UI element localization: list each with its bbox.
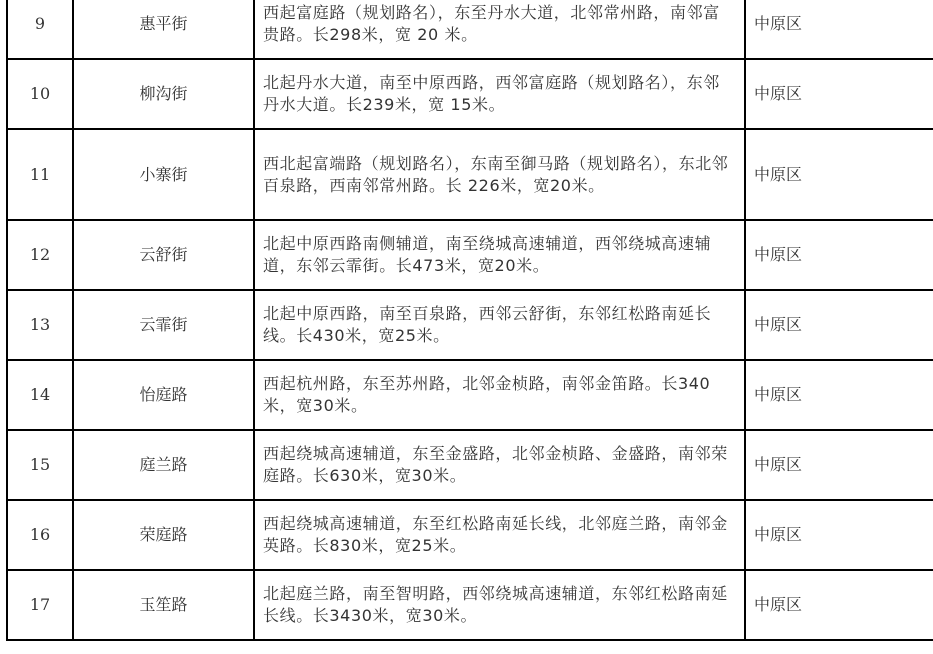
road-description: 北起丹水大道，南至中原西路，西邻富庭路（规划路名），东邻丹水大道。长239米，宽…: [254, 59, 745, 129]
table-row: 16 荣庭路 西起绕城高速辅道，东至红松路南延长线，北邻庭兰路，南邻金英路。长8…: [7, 500, 933, 570]
road-naming-table: 9 惠平街 西起富庭路（规划路名），东至丹水大道，北邻常州路，南邻富贵路。长29…: [6, 0, 933, 641]
road-description: 西起富庭路（规划路名），东至丹水大道，北邻常州路，南邻富贵路。长298米，宽 2…: [254, 0, 745, 59]
row-number: 10: [7, 59, 73, 129]
row-number: 15: [7, 430, 73, 500]
road-description: 西起杭州路，东至苏州路，北邻金桢路，南邻金笛路。长340米，宽30米。: [254, 360, 745, 430]
road-description: 北起中原西路南侧辅道，南至绕城高速辅道，西邻绕城高速辅道，东邻云霏街。长473米…: [254, 220, 745, 290]
table-row: 15 庭兰路 西起绕城高速辅道，东至金盛路，北邻金桢路、金盛路，南邻荣庭路。长6…: [7, 430, 933, 500]
road-name: 怡庭路: [73, 360, 254, 430]
road-name: 庭兰路: [73, 430, 254, 500]
table-row: 14 怡庭路 西起杭州路，东至苏州路，北邻金桢路，南邻金笛路。长340米，宽30…: [7, 360, 933, 430]
district: 中原区: [745, 129, 933, 220]
road-description: 西起绕城高速辅道，东至金盛路，北邻金桢路、金盛路，南邻荣庭路。长630米，宽30…: [254, 430, 745, 500]
district: 中原区: [745, 290, 933, 360]
row-number: 9: [7, 0, 73, 59]
road-name: 云霏街: [73, 290, 254, 360]
table-row: 17 玉笙路 北起庭兰路，南至智明路，西邻绕城高速辅道，东邻红松路南延长线。长3…: [7, 570, 933, 640]
district: 中原区: [745, 0, 933, 59]
row-number: 11: [7, 129, 73, 220]
district: 中原区: [745, 220, 933, 290]
table-row: 10 柳沟街 北起丹水大道，南至中原西路，西邻富庭路（规划路名），东邻丹水大道。…: [7, 59, 933, 129]
table-row: 11 小寨街 西北起富端路（规划路名），东南至御马路（规划路名），东北邻百泉路，…: [7, 129, 933, 220]
table-row: 13 云霏街 北起中原西路，南至百泉路，西邻云舒街，东邻红松路南延长线。长430…: [7, 290, 933, 360]
district: 中原区: [745, 500, 933, 570]
road-name: 惠平街: [73, 0, 254, 59]
row-number: 13: [7, 290, 73, 360]
district: 中原区: [745, 360, 933, 430]
road-description: 北起中原西路，南至百泉路，西邻云舒街，东邻红松路南延长线。长430米，宽25米。: [254, 290, 745, 360]
road-name: 荣庭路: [73, 500, 254, 570]
road-description: 西起绕城高速辅道，东至红松路南延长线，北邻庭兰路，南邻金英路。长830米，宽25…: [254, 500, 745, 570]
row-number: 14: [7, 360, 73, 430]
table-row: 9 惠平街 西起富庭路（规划路名），东至丹水大道，北邻常州路，南邻富贵路。长29…: [7, 0, 933, 59]
district: 中原区: [745, 430, 933, 500]
district: 中原区: [745, 570, 933, 640]
road-name: 云舒街: [73, 220, 254, 290]
road-name: 柳沟街: [73, 59, 254, 129]
district: 中原区: [745, 59, 933, 129]
road-description: 北起庭兰路，南至智明路，西邻绕城高速辅道，东邻红松路南延长线。长3430米，宽3…: [254, 570, 745, 640]
road-name: 玉笙路: [73, 570, 254, 640]
road-name: 小寨街: [73, 129, 254, 220]
road-description: 西北起富端路（规划路名），东南至御马路（规划路名），东北邻百泉路，西南邻常州路。…: [254, 129, 745, 220]
row-number: 16: [7, 500, 73, 570]
row-number: 12: [7, 220, 73, 290]
row-number: 17: [7, 570, 73, 640]
table-row: 12 云舒街 北起中原西路南侧辅道，南至绕城高速辅道，西邻绕城高速辅道，东邻云霏…: [7, 220, 933, 290]
